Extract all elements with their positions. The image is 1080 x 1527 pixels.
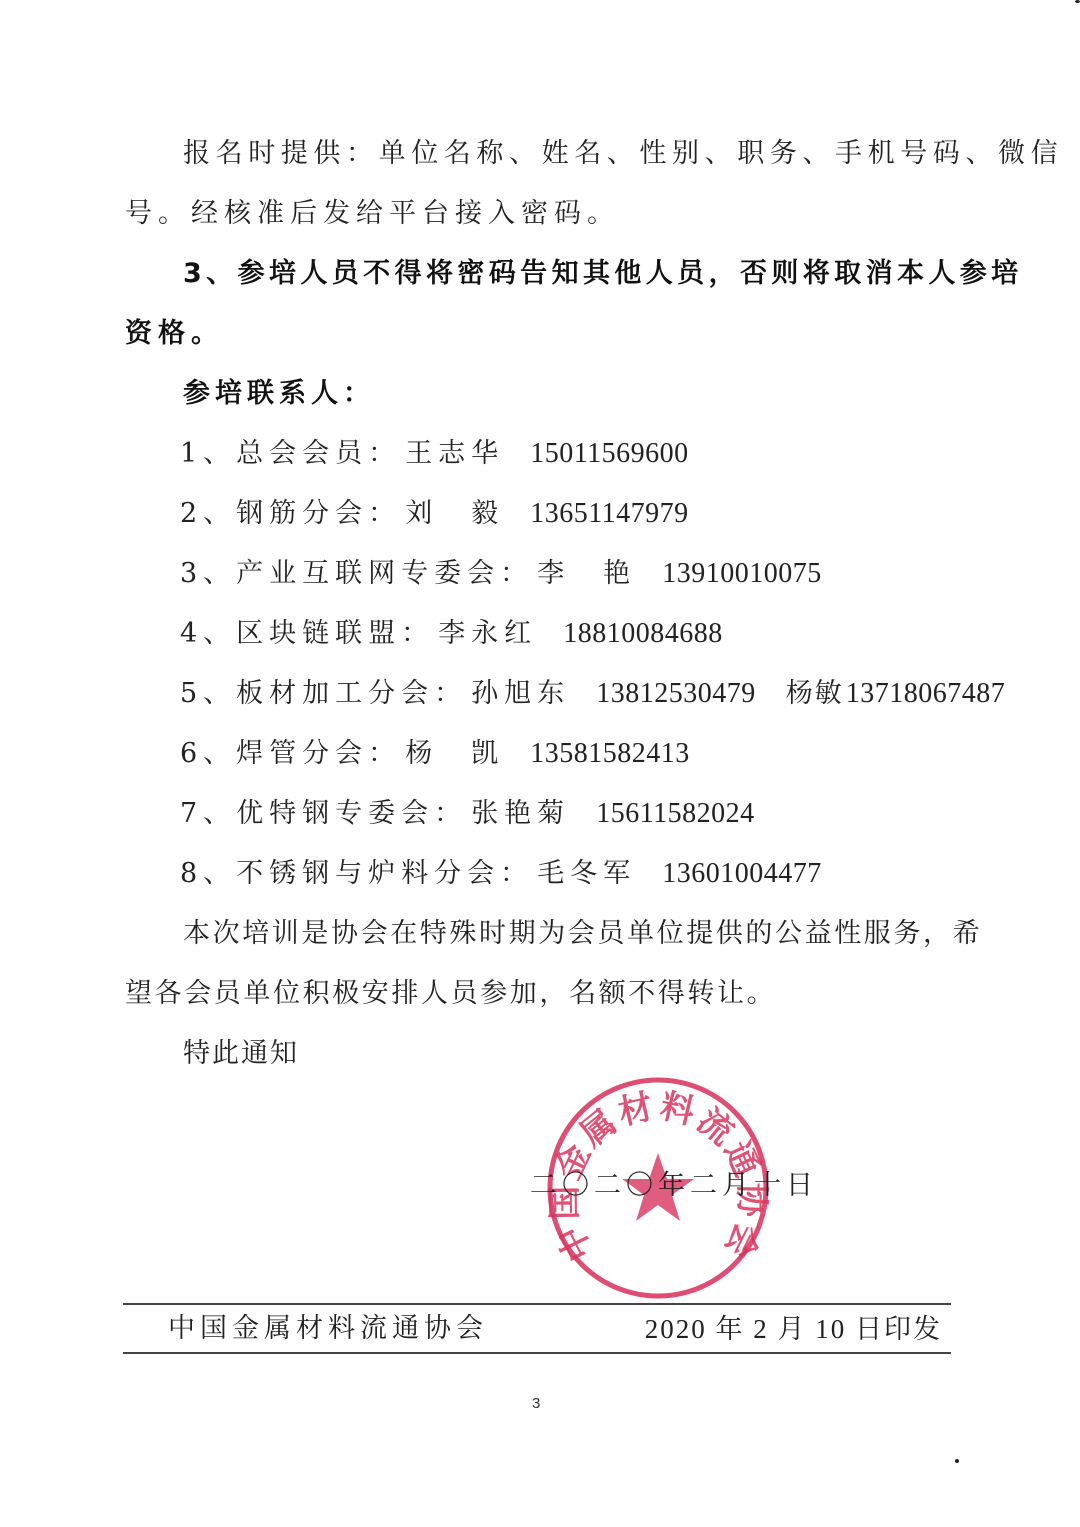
contact-name-secondary: 杨敏: [786, 676, 844, 712]
contact-phone: 18810084688: [563, 616, 723, 652]
contact-label: 5、板材加工分会：: [180, 676, 467, 712]
footer-bottom-rule: [123, 1352, 951, 1354]
contact-label: 1、总会会员：: [180, 436, 401, 472]
contact-item: 6、焊管分会： 杨 凯 13581582413: [180, 736, 690, 772]
contact-name: 张艳菊: [471, 796, 570, 832]
contact-label: 2、钢筋分会：: [180, 496, 401, 532]
notice-closing: 特此通知: [183, 1036, 299, 1072]
registration-text-line1: 报名时提供：单位名称、姓名、性别、职务、手机号码、微信: [183, 136, 1063, 172]
scan-speck: [1075, 0, 1080, 3]
contact-label: 3、产业互联网专委会：: [180, 556, 533, 592]
page-number: 3: [532, 1395, 540, 1412]
registration-paragraph-line2: 号。经核准后发给平台接入密码。: [125, 196, 620, 232]
contact-phone: 13651147979: [530, 496, 688, 532]
contact-phone-secondary: 13718067487: [846, 676, 1006, 712]
contact-name: 李永红: [438, 616, 537, 652]
contact-label: 4、区块链联盟：: [180, 616, 434, 652]
contact-label: 6、焊管分会：: [180, 736, 401, 772]
contacts-heading: 参培联系人：: [183, 376, 375, 412]
contact-label: 7、优特钢专委会：: [180, 796, 467, 832]
footer-top-rule: [123, 1303, 951, 1305]
scan-speck: [955, 1459, 959, 1463]
contact-name: 杨 凯: [405, 736, 504, 772]
contact-item: 8、不锈钢与炉料分会： 毛冬军 13601004477: [180, 856, 822, 892]
closing-paragraph-line2: 望各会员单位积极安排人员参加，名额不得转让。: [125, 976, 776, 1012]
contact-name: 王志华: [405, 436, 504, 472]
contact-item: 1、总会会员： 王志华 15011569600: [180, 436, 689, 472]
contact-phone: 13910010075: [662, 556, 822, 592]
contact-item: 2、钢筋分会： 刘 毅 13651147979: [180, 496, 689, 532]
contact-name: 刘 毅: [405, 496, 504, 532]
footer-issuer: 中国金属材料流通协会: [168, 1311, 488, 1347]
contact-item: 5、板材加工分会： 孙旭东 13812530479 杨敏 13718067487: [180, 676, 1005, 712]
contact-label: 8、不锈钢与炉料分会：: [180, 856, 533, 892]
contact-item: 7、优特钢专委会： 张艳菊 15611582024: [180, 796, 755, 832]
footer-issued-date: 2020 年 2 月 10 日印发: [645, 1311, 942, 1347]
rule-3-line2: 资格。: [125, 316, 224, 352]
contact-phone: 15611582024: [596, 796, 754, 832]
contact-item: 3、产业互联网专委会： 李 艳 13910010075: [180, 556, 822, 592]
contact-name: 孙旭东: [471, 676, 570, 712]
closing-paragraph-line1: 本次培训是协会在特殊时期为会员单位提供的公益性服务，希: [183, 916, 982, 952]
signature-date: 二〇二〇年二月十日: [530, 1168, 818, 1204]
rule-3-line1: 3、参培人员不得将密码告知其他人员，否则将取消本人参培: [183, 256, 1023, 292]
contact-name: 李 艳: [537, 556, 636, 592]
contact-phone: 15011569600: [530, 436, 688, 472]
contact-phone: 13601004477: [662, 856, 822, 892]
contact-phone: 13581582413: [530, 736, 690, 772]
contact-phone: 13812530479: [596, 676, 756, 712]
document-page: 报名时提供：单位名称、姓名、性别、职务、手机号码、微信 号。经核准后发给平台接入…: [0, 0, 1080, 1527]
contact-item: 4、区块链联盟： 李永红 18810084688: [180, 616, 723, 652]
registration-paragraph-line1: 报名时提供：单位名称、姓名、性别、职务、手机号码、微信: [183, 136, 953, 172]
contact-name: 毛冬军: [537, 856, 636, 892]
